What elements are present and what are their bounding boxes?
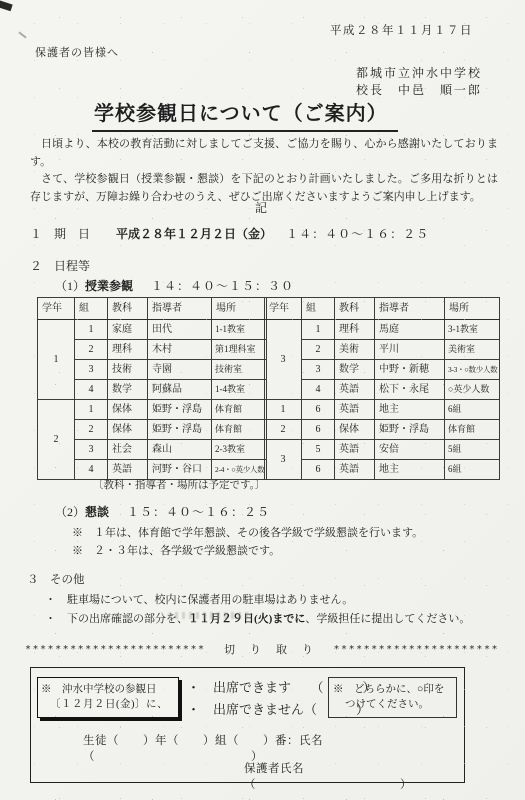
table-cell: 木村 [148,340,212,360]
table-cell: 地主 [375,460,445,480]
item-3-number: ３ [27,574,39,586]
timetable-left: 学年組教科指導者場所11家庭田代1-1教室2理科木村第1理科室3技術寺園技術室4… [37,297,267,480]
ki-marker: 記 [0,199,525,216]
table-cell: 1-1教室 [212,320,267,340]
table-header-cell: 教科 [108,298,148,320]
table-header-cell: 組 [75,298,108,320]
table-cell: 6 [302,400,335,420]
table-cell: 技術 [108,360,148,380]
table-cell: 6組 [445,460,500,480]
table-header-cell: 場所 [445,298,500,320]
table-row: 35英語安倍5組 [265,440,500,460]
table-cell: 姫野・浮島 [148,420,212,440]
table-cell: 地主 [375,400,445,420]
table-header-cell: 場所 [212,298,267,320]
sub-item-meeting: （2）懇談１５：４０～１６：２５ [55,503,270,520]
intro-paragraph-1: 日頃より、本校の教育活動に対しましてご支援、ご協力を賜り、心から感謝いたしており… [30,136,498,171]
sub-item-class-visit: （1）授業参観１４：４０～１５：３０ [55,277,294,294]
table-cell: 1 [302,320,335,340]
circle-instruction-box: ※ どちらかに、○印を つけてください。 [328,677,457,718]
table-cell: 6 [302,420,335,440]
table-header-cell: 教科 [335,298,375,320]
table-cell: 第1理科室 [212,340,267,360]
table-cell: 中野・新穂 [375,360,445,380]
table-cell: 理科 [108,340,148,360]
deadline-text-pre: ・ 下の出席確認の部分を、 [45,613,188,625]
table-cell: 2 [75,420,108,440]
sub-2-time: １５：４０～１６：２５ [127,505,270,519]
table-cell: 6組 [445,400,500,420]
grade-cell: 2 [265,420,302,440]
meeting-note-2: ※ ２・３年は、各学級で学級懇談です。 [72,542,280,558]
table-cell: 数学 [108,380,148,400]
table-cell: 保体 [108,400,148,420]
table-header-cell: 学年 [265,298,302,320]
table-cell: 姫野・浮島 [375,420,445,440]
table-cell: 社会 [108,440,148,460]
table-cell: 家庭 [108,320,148,340]
table-cell: ○英少人数 [445,380,500,400]
table-cell: 3 [302,360,335,380]
item-1-label: 期 日 [54,227,90,241]
reply-badge-line-2: 〔１２月２日(金)〕に、 [41,697,175,712]
grade-cell: 2 [38,400,75,480]
table-cell: 3 [75,440,108,460]
grade-cell: 1 [265,400,302,420]
table-cell: 馬庭 [375,320,445,340]
table-cell: 6 [302,460,335,480]
other-bullet-deadline: ・ 下の出席確認の部分を、１１月２９日(火)までに、学級担任に提出してください。 [45,610,470,626]
table-row: 21保体姫野・浮島体育館 [38,400,267,420]
cut-line: ************************ 切 り 取 り *******… [25,641,499,657]
table-cell: 体育館 [212,420,267,440]
table-cell: 田代 [148,320,212,340]
table-cell: 1 [75,400,108,420]
scan-pen-mark [18,31,26,38]
table-cell: 美術 [335,340,375,360]
addressee: 保護者の皆様へ [35,44,119,60]
sub-1-label: 授業参観 [85,279,133,293]
guardian-name-line: 保護者氏名（ ） [244,760,464,792]
table-cell: 3-1教室 [445,320,500,340]
table-cell: 英語 [335,400,375,420]
sub-1-time: １４：４０～１５：３０ [151,279,294,293]
table-cell: 3-3・○数少人数 [445,360,500,380]
reply-badge-line-1: ※ 沖水中学校の参観日 [41,682,175,697]
table-row: 31理科馬庭3-1教室 [265,320,500,340]
sub-1-number: （1） [55,279,85,293]
item-2-schedule-line: ２ 日程等 [30,257,90,274]
document-date: 平成２８年１１月１７日 [330,22,473,38]
table-cell: 森山 [148,440,212,460]
table-cell: 英語 [335,380,375,400]
table-cell: 英語 [335,460,375,480]
circle-note-line-1: ※ どちらかに、○印を [333,682,453,697]
table-row: 11家庭田代1-1教室 [38,320,267,340]
sub-2-label: 懇談 [85,505,109,519]
table-header-cell: 組 [302,298,335,320]
cut-line-stars-right: ********************** [334,644,499,655]
table-row: 26保体姫野・浮島体育館 [265,420,500,440]
table-cell: 4 [75,380,108,400]
scan-smudge [168,612,252,619]
reply-badge-box: ※ 沖水中学校の参観日 〔１２月２日(金)〕に、 [37,677,179,718]
scan-corner-artifact [0,0,13,11]
timetable-note: 〔教科・指導者・場所は予定です。〕 [93,477,265,492]
table-cell: 松下・永尾 [375,380,445,400]
table-cell: 5組 [445,440,500,460]
grade-cell: 3 [265,320,302,400]
item-1-number: １ [30,227,42,241]
table-cell: 3 [75,360,108,380]
table-header-cell: 指導者 [148,298,212,320]
table-cell: 1-4教室 [212,380,267,400]
table-cell: 姫野・浮島 [148,400,212,420]
table-cell: 安倍 [375,440,445,460]
table-row: 16英語地主6組 [265,400,500,420]
item-3-label: その他 [50,574,85,586]
table-header-cell: 指導者 [375,298,445,320]
timetable-right: 学年組教科指導者場所31理科馬庭3-1教室2美術平川美術室3数学中野・新穂3-3… [264,297,500,480]
table-cell: 体育館 [212,400,267,420]
item-2-label: 日程等 [54,259,90,273]
table-cell: 1 [75,320,108,340]
table-cell: 理科 [335,320,375,340]
cut-line-label: 切 り 取 り [216,641,323,657]
event-date: 平成２８年１２月２日（金） [116,227,272,241]
event-time: １４：４０～１６：２５ [286,227,429,241]
cut-line-stars-left: ************************ [25,644,206,655]
table-cell: 2 [302,340,335,360]
table-cell: 5 [302,440,335,460]
intro-paragraphs: 日頃より、本校の教育活動に対しましてご支援、ご協力を賜り、心から感謝いたしており… [30,136,498,206]
table-cell: 技術室 [212,360,267,380]
table-cell: 数学 [335,360,375,380]
sub-2-number: （2） [55,505,85,519]
table-cell: 平川 [375,340,445,360]
school-name: 都城市立沖水中学校 [356,64,482,81]
table-cell: 保体 [108,420,148,440]
table-cell: 英語 [335,440,375,460]
reply-form-box: ※ 沖水中学校の参観日 〔１２月２日(金)〕に、 ・ 出席できます （ ） ・ … [30,667,465,783]
item-1-date-line: １ 期 日平成２８年１２月２日（金）１４：４０～１６：２５ [30,225,429,242]
grade-cell: 3 [265,440,302,480]
document-title: 学校参観日について（ご案内） [92,97,398,132]
other-bullet-parking: ・ 駐車場について、校内に保護者用の駐車場はありません。 [45,591,353,607]
table-cell: 2 [75,340,108,360]
table-cell: 4 [302,380,335,400]
table-cell: 体育館 [445,420,500,440]
deadline-text-post: 、学級担任に提出してください。 [305,613,470,625]
item-3-other-line: ３ その他 [27,571,85,587]
item-2-number: ２ [30,259,42,273]
table-cell: 寺園 [148,360,212,380]
table-cell: 保体 [335,420,375,440]
table-cell: 2-3教室 [212,440,267,460]
meeting-note-1: ※ １年は、体育館で学年懇談、その後各学級で学級懇談を行います。 [72,524,423,540]
table-cell: 美術室 [445,340,500,360]
grade-cell: 1 [38,320,75,400]
principal-name: 校長 中邑 順一郎 [356,81,482,98]
circle-note-line-2: つけてください。 [333,697,453,712]
scanned-notice-page: 平成２８年１１月１７日 保護者の皆様へ 都城市立沖水中学校 校長 中邑 順一郎 … [0,0,525,800]
table-header-cell: 学年 [38,298,75,320]
table-cell: 阿蘇品 [148,380,212,400]
